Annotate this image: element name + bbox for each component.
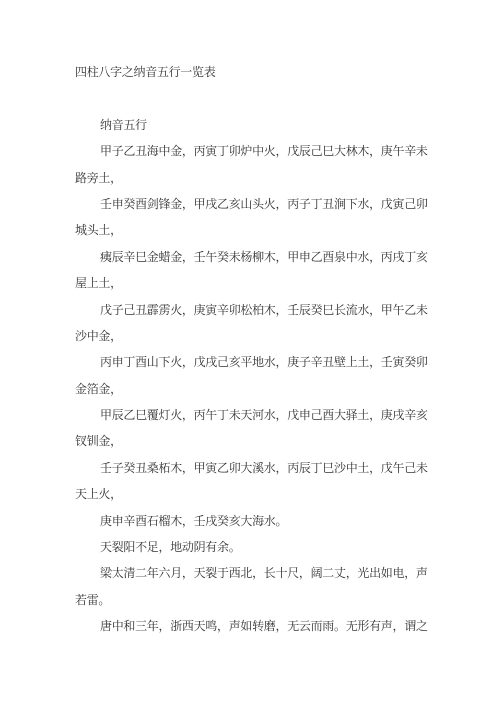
- text-line: 甲子乙丑海中金，丙寅丁卯炉中火，戊辰己巳大林木，庚午辛未: [75, 138, 435, 164]
- paragraph: 天裂阳不足，地动阴有余。: [75, 534, 435, 560]
- text-line: 壬申癸酉剑锋金，甲戌乙亥山头火，丙子丁丑涧下水，戊寅己卯: [75, 191, 435, 217]
- paragraph: 梁太清二年六月，天裂于西北，长十尺，阔二丈，光出如电，声 若雷。: [75, 560, 435, 613]
- paragraph: 痍辰辛巳金蜡金，壬午癸未杨柳木，甲申乙酉泉中水，丙戌丁亥 屋上土，: [75, 244, 435, 297]
- page-title: 四柱八字之纳音五行一览表: [75, 59, 435, 85]
- paragraph: 唐中和三年，浙西天鸣，声如转磨，无云而雨。无形有声，谓之: [75, 613, 435, 639]
- text-line: 金箔金，: [75, 376, 435, 402]
- text-line: 天上火，: [75, 481, 435, 507]
- text-line: 丙申丁酉山下火，戊戌己亥平地水，庚子辛丑壁上土，壬寅癸卯: [75, 349, 435, 375]
- text-line: 钗钏金，: [75, 428, 435, 454]
- document-content: 四柱八字之纳音五行一览表 纳音五行 甲子乙丑海中金，丙寅丁卯炉中火，戊辰己巳大林…: [0, 0, 500, 640]
- text-line: 梁太清二年六月，天裂于西北，长十尺，阔二丈，光出如电，声: [75, 560, 435, 586]
- blank-line: [75, 85, 435, 111]
- text-line: 壬子癸丑桑柘木，甲寅乙卯大溪水，丙辰丁巳沙中土，戊午己未: [75, 455, 435, 481]
- text-line: 戊子己丑霹雳火，庚寅辛卯松柏木，壬辰癸巳长流水，甲午乙未: [75, 297, 435, 323]
- paragraph: 戊子己丑霹雳火，庚寅辛卯松柏木，壬辰癸巳长流水，甲午乙未 沙中金，: [75, 297, 435, 350]
- text-line: 天裂阳不足，地动阴有余。: [75, 534, 435, 560]
- text-line: 城头土，: [75, 217, 435, 243]
- paragraph: 丙申丁酉山下火，戊戌己亥平地水，庚子辛丑壁上土，壬寅癸卯 金箔金，: [75, 349, 435, 402]
- paragraph: 甲子乙丑海中金，丙寅丁卯炉中火，戊辰己巳大林木，庚午辛未 路旁土，: [75, 138, 435, 191]
- text-line: 痍辰辛巳金蜡金，壬午癸未杨柳木，甲申乙酉泉中水，丙戌丁亥: [75, 244, 435, 270]
- section-heading: 纳音五行: [75, 112, 435, 138]
- text-line: 路旁土，: [75, 165, 435, 191]
- text-line: 若雷。: [75, 587, 435, 613]
- text-line: 沙中金，: [75, 323, 435, 349]
- text-line: 唐中和三年，浙西天鸣，声如转磨，无云而雨。无形有声，谓之: [75, 613, 435, 639]
- text-line: 屋上土，: [75, 270, 435, 296]
- text-line: 甲辰乙巳覆灯火，丙午丁未天河水，戊申己酉大驿土，庚戌辛亥: [75, 402, 435, 428]
- text-line: 庚申辛酉石榴木，壬戌癸亥大海水。: [75, 508, 435, 534]
- paragraph: 甲辰乙巳覆灯火，丙午丁未天河水，戊申己酉大驿土，庚戌辛亥 钗钏金，: [75, 402, 435, 455]
- document-page: 四柱八字之纳音五行一览表 纳音五行 甲子乙丑海中金，丙寅丁卯炉中火，戊辰己巳大林…: [0, 0, 500, 708]
- paragraph: 庚申辛酉石榴木，壬戌癸亥大海水。: [75, 508, 435, 534]
- paragraph: 壬申癸酉剑锋金，甲戌乙亥山头火，丙子丁丑涧下水，戊寅己卯 城头土，: [75, 191, 435, 244]
- paragraph: 壬子癸丑桑柘木，甲寅乙卯大溪水，丙辰丁巳沙中土，戊午己未 天上火，: [75, 455, 435, 508]
